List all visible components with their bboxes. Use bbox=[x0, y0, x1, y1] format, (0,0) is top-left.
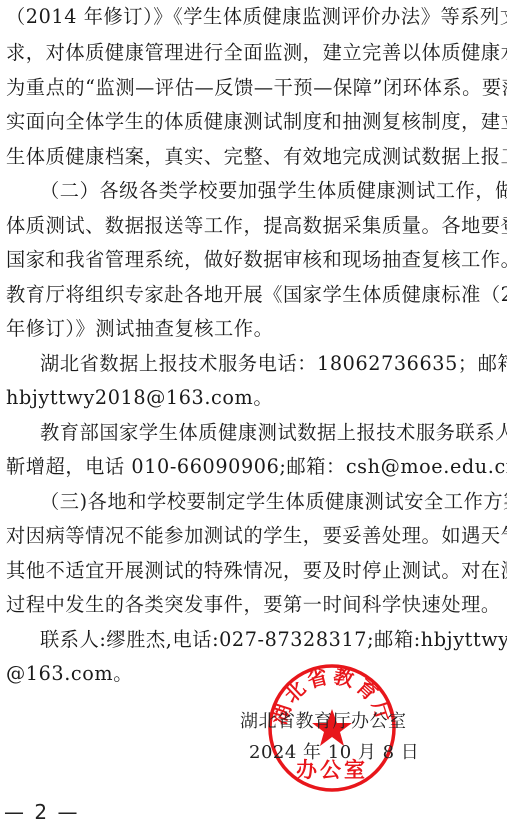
paragraph-three-start: （三)各地和学校要制定学生体质健康测试安全工作方案， bbox=[40, 489, 502, 515]
text-line: 过程中发生的各类突发事件，要第一时间科学快速处理。 bbox=[6, 592, 502, 618]
document-page: （2014 年修订）》《学生体质健康监测评价办法》等系列文件要 求，对体质健康管… bbox=[0, 0, 507, 833]
contact-person-line: 联系人:缪胜杰,电话:027-87328317;邮箱:hbjyttwy2018 bbox=[40, 627, 502, 653]
text-line: 对因病等情况不能参加测试的学生，要妥善处理。如遇天气或 bbox=[6, 523, 502, 549]
text-line: 年修订）》测试抽查复核工作。 bbox=[6, 316, 502, 342]
text-line: 教育厅将组织专家赴各地开展《国家学生体质健康标准（2014 bbox=[6, 282, 502, 308]
issue-date: 2024 年 10 月 8 日 bbox=[249, 742, 419, 764]
contact-email-continued: @163.com。 bbox=[6, 661, 502, 687]
text-line: 体质测试、数据报送等工作，提高数据采集质量。各地要登陆 bbox=[6, 213, 502, 239]
hubei-contact-line: 湖北省数据上报技术服务电话：18062736635；邮箱： bbox=[40, 351, 502, 377]
text-line: 求，对体质健康管理进行全面监测，建立完善以体质健康水平 bbox=[6, 40, 502, 66]
text-line: 国家和我省管理系统，做好数据审核和现场抽查复核工作。省 bbox=[6, 247, 502, 273]
paragraph-two-start: （二）各级各类学校要加强学生体质健康测试工作，做好 bbox=[40, 178, 502, 204]
moe-contact-line: 教育部国家学生体质健康测试数据上报技术服务联系人： bbox=[40, 420, 502, 446]
text-line: 为重点的“监测—评估—反馈—干预—保障”闭环体系。要落 bbox=[6, 75, 502, 101]
text-line: （2014 年修订）》《学生体质健康监测评价办法》等系列文件要 bbox=[6, 4, 502, 30]
text-line: 其他不适宜开展测试的特殊情况，要及时停止测试。对在测试 bbox=[6, 558, 502, 584]
page-number: — 2 — bbox=[4, 800, 79, 824]
text-line: 生体质健康档案，真实、完整、有效地完成测试数据上报工作。 bbox=[6, 144, 502, 170]
hubei-email: hbjyttwy2018@163.com。 bbox=[6, 385, 502, 411]
moe-contact-details: 靳增超，电话 010-66090906;邮箱：csh@moe.edu.cn。 bbox=[6, 454, 502, 480]
text-line: 实面向全体学生的体质健康测试制度和抽测复核制度，建立学 bbox=[6, 109, 502, 135]
issuing-organization: 湖北省教育厅办公室 bbox=[240, 711, 407, 733]
